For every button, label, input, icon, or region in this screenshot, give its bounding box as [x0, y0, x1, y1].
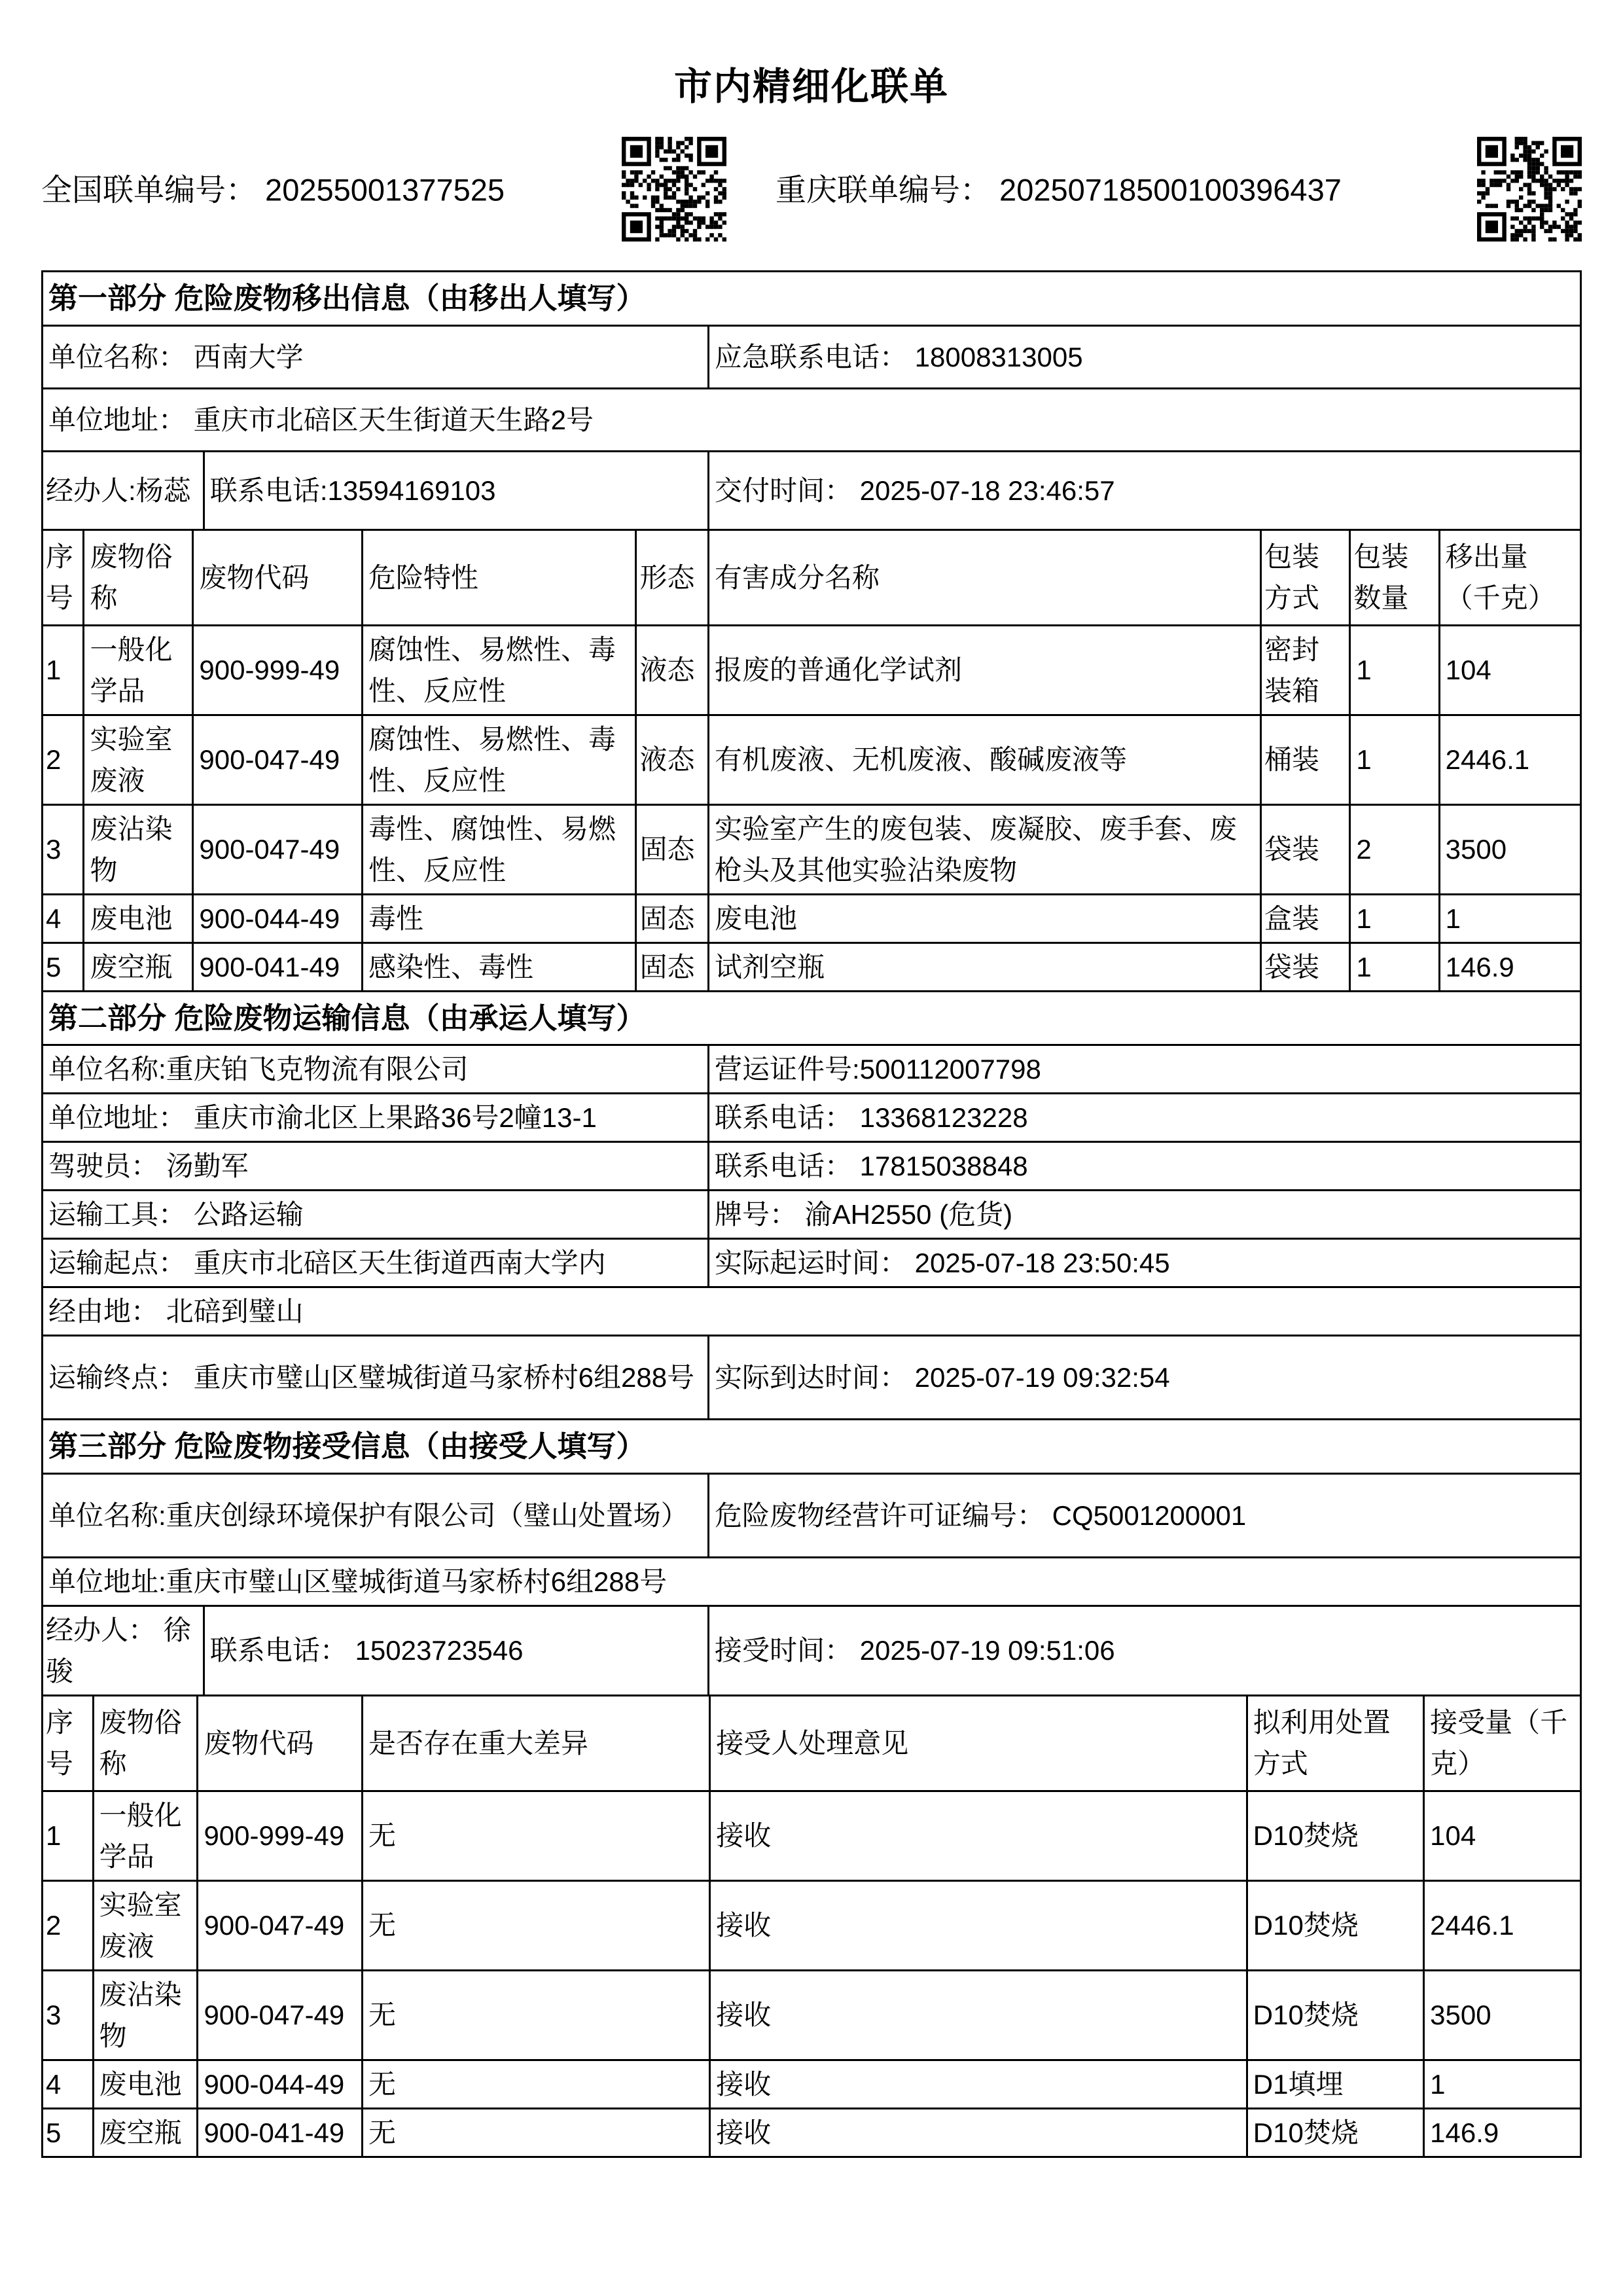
cell-waste-code: 900-047-49 [198, 1880, 363, 1970]
cell-hazard: 毒性、腐蚀性、易燃性、反应性 [362, 804, 635, 894]
table-row: 3 废沾染物 900-047-49 无 接收 D10焚烧 3500 [43, 1970, 1581, 2060]
cell-discrepancy: 无 [362, 1880, 709, 1970]
cell-hazard: 腐蚀性、易燃性、毒性、反应性 [362, 625, 635, 715]
s1-emergency-phone: 应急联系电话： 18008313005 [708, 325, 1580, 388]
col-header-disposal-method: 拟利用处置方式 [1247, 1695, 1423, 1791]
s2-transport-tool: 运输工具： 公路运输 [43, 1191, 709, 1239]
cell-pack-type: 盒装 [1260, 894, 1349, 942]
s2-unit-address: 单位地址： 重庆市渝北区上果路36号2幢13-1 [43, 1094, 709, 1142]
cell-seq: 3 [43, 804, 84, 894]
cell-component: 实验室产生的废包装、废凝胶、废手套、废枪头及其他实验沾染废物 [708, 804, 1260, 894]
section3-header: 第三部分 危险废物接受信息（由接受人填写） [43, 1420, 1581, 1474]
cell-seq: 1 [43, 625, 84, 715]
cell-component: 废电池 [708, 894, 1260, 942]
s3-waste-header-row: 序号 废物俗称 废物代码 是否存在重大差异 接受人处理意见 拟利用处置方式 接受… [43, 1695, 1581, 1791]
s2-destination: 运输终点： 重庆市璧山区璧城街道马家桥村6组288号 [43, 1336, 709, 1420]
s1-agent-phone: 联系电话:13594169103 [204, 451, 708, 529]
col-header-receiver-opinion: 接受人处理意见 [710, 1695, 1247, 1791]
cell-receiver-opinion: 接收 [710, 2060, 1247, 2108]
cell-hazard: 毒性 [362, 894, 635, 942]
cell-receiver-opinion: 接收 [710, 1791, 1247, 1880]
col-header-waste-code: 废物代码 [193, 529, 363, 625]
cell-seq: 2 [43, 715, 84, 804]
cell-waste-name: 实验室废液 [84, 715, 193, 804]
qr-code-icon [622, 137, 726, 242]
section3-waste-table: 序号 废物俗称 废物代码 是否存在重大差异 接受人处理意见 拟利用处置方式 接受… [41, 1695, 1582, 2158]
col-header-hazard: 危险特性 [362, 529, 635, 625]
s2-driver: 驾驶员： 汤勤军 [43, 1142, 709, 1191]
cell-waste-name: 废沾染物 [93, 1970, 198, 2060]
section1-info-table: 第一部分 危险废物移出信息（由移出人填写） 单位名称： 西南大学 应急联系电话：… [41, 270, 1582, 531]
cell-waste-name: 废电池 [84, 894, 193, 942]
cell-hazard: 感染性、毒性 [362, 942, 635, 991]
cell-out-amount: 146.9 [1439, 942, 1580, 991]
col-header-pack-type: 包装方式 [1260, 529, 1349, 625]
s1-unit-name: 单位名称： 西南大学 [43, 325, 709, 388]
section2-header: 第二部分 危险废物运输信息（由承运人填写） [43, 991, 1581, 1045]
col-header-waste-name: 废物俗称 [84, 529, 193, 625]
cell-pack-type: 袋装 [1260, 804, 1349, 894]
table-row: 2 实验室废液 900-047-49 无 接收 D10焚烧 2446.1 [43, 1880, 1581, 1970]
cell-waste-code: 900-047-49 [193, 715, 363, 804]
cell-out-amount: 104 [1439, 625, 1580, 715]
table-row: 5 废空瓶 900-041-49 无 接收 D10焚烧 146.9 [43, 2108, 1581, 2157]
s2-depart-time: 实际起运时间： 2025-07-18 23:50:45 [708, 1239, 1580, 1287]
s3-receive-time: 接受时间： 2025-07-19 09:51:06 [708, 1605, 1580, 1695]
cell-form: 液态 [636, 625, 708, 715]
manifest-number-header: 全国联单编号： 20255001377525 重庆联单编号： 202507185… [0, 129, 1623, 247]
cell-form: 固态 [636, 804, 708, 894]
col-header-receive-amount: 接受量（千克） [1424, 1695, 1581, 1791]
table-row: 3 废沾染物 900-047-49 毒性、腐蚀性、易燃性、反应性 固态 实验室产… [43, 804, 1581, 894]
cell-receiver-opinion: 接收 [710, 2108, 1247, 2157]
cell-out-amount: 3500 [1439, 804, 1580, 894]
cell-out-amount: 2446.1 [1439, 715, 1580, 804]
national-manifest-number: 全国联单编号： 20255001377525 [41, 166, 505, 210]
cell-waste-code: 900-041-49 [198, 2108, 363, 2157]
s3-unit-address: 单位地址:重庆市璧山区璧城街道马家桥村6组288号 [43, 1557, 1581, 1605]
table-row: 2 实验室废液 900-047-49 腐蚀性、易燃性、毒性、反应性 液态 有机废… [43, 715, 1581, 804]
table-row: 5 废空瓶 900-041-49 感染性、毒性 固态 试剂空瓶 袋装 1 146… [43, 942, 1581, 991]
cell-waste-name: 废电池 [93, 2060, 198, 2108]
cell-receive-amount: 2446.1 [1424, 1880, 1581, 1970]
cell-pack-qty: 2 [1350, 804, 1439, 894]
cell-waste-code: 900-044-49 [193, 894, 363, 942]
s2-driver-phone: 联系电话： 17815038848 [708, 1142, 1580, 1191]
section2-info-table: 第二部分 危险废物运输信息（由承运人填写） 单位名称:重庆铂飞克物流有限公司 营… [41, 990, 1582, 1421]
cell-waste-name: 废沾染物 [84, 804, 193, 894]
s3-permit-no: 危险废物经营许可证编号： CQ5001200001 [708, 1473, 1580, 1557]
table-row: 1 一般化学品 900-999-49 无 接收 D10焚烧 104 [43, 1791, 1581, 1880]
cell-seq: 3 [43, 1970, 94, 2060]
qr-code-icon [1477, 137, 1582, 242]
s3-unit-name: 单位名称:重庆创绿环境保护有限公司（璧山处置场） [43, 1473, 709, 1557]
col-header-seq: 序号 [43, 1695, 94, 1791]
table-row: 4 废电池 900-044-49 无 接收 D1填埋 1 [43, 2060, 1581, 2108]
section1-waste-table: 序号 废物俗称 废物代码 危险特性 形态 有害成分名称 包装方式 包装数量 移出… [41, 529, 1582, 992]
cell-waste-name: 实验室废液 [93, 1880, 198, 1970]
cell-seq: 5 [43, 2108, 94, 2157]
cell-receive-amount: 146.9 [1424, 2108, 1581, 2157]
section3-info-table: 第三部分 危险废物接受信息（由接受人填写） 单位名称:重庆创绿环境保护有限公司（… [41, 1418, 1582, 1696]
col-header-discrepancy: 是否存在重大差异 [362, 1695, 709, 1791]
s1-deliver-time: 交付时间： 2025-07-18 23:46:57 [708, 451, 1580, 529]
col-header-form: 形态 [636, 529, 708, 625]
s3-agent-phone: 联系电话： 15023723546 [204, 1605, 708, 1695]
cell-discrepancy: 无 [362, 2060, 709, 2108]
s2-unit-phone: 联系电话： 13368123228 [708, 1094, 1580, 1142]
s2-plate-no: 牌号： 渝AH2550 (危货) [708, 1191, 1580, 1239]
cell-receive-amount: 1 [1424, 2060, 1581, 2108]
chongqing-manifest-number: 重庆联单编号： 20250718500100396437 [776, 166, 1342, 210]
cell-receive-amount: 104 [1424, 1791, 1581, 1880]
col-header-waste-name: 废物俗称 [93, 1695, 198, 1791]
cell-form: 固态 [636, 894, 708, 942]
cell-waste-code: 900-044-49 [198, 2060, 363, 2108]
cell-discrepancy: 无 [362, 1970, 709, 2060]
page-title: 市内精细化联单 [0, 56, 1623, 111]
s2-unit-name: 单位名称:重庆铂飞克物流有限公司 [43, 1045, 709, 1094]
cell-waste-code: 900-041-49 [193, 942, 363, 991]
cell-out-amount: 1 [1439, 894, 1580, 942]
cell-seq: 4 [43, 2060, 94, 2108]
s2-license-no: 营运证件号:500112007798 [708, 1045, 1580, 1094]
col-header-pack-qty: 包装数量 [1350, 529, 1439, 625]
cell-discrepancy: 无 [362, 2108, 709, 2157]
cell-waste-name: 废空瓶 [93, 2108, 198, 2157]
cell-receive-amount: 3500 [1424, 1970, 1581, 2060]
cell-form: 固态 [636, 942, 708, 991]
cell-discrepancy: 无 [362, 1791, 709, 1880]
s2-arrive-time: 实际到达时间： 2025-07-19 09:32:54 [708, 1336, 1580, 1420]
table-row: 1 一般化学品 900-999-49 腐蚀性、易燃性、毒性、反应性 液态 报废的… [43, 625, 1581, 715]
table-row: 4 废电池 900-044-49 毒性 固态 废电池 盒装 1 1 [43, 894, 1581, 942]
cell-seq: 4 [43, 894, 84, 942]
cell-component: 试剂空瓶 [708, 942, 1260, 991]
cell-waste-code: 900-047-49 [198, 1970, 363, 2060]
col-header-out-amount: 移出量（千克） [1439, 529, 1580, 625]
cell-pack-qty: 1 [1350, 894, 1439, 942]
cell-pack-type: 桶装 [1260, 715, 1349, 804]
col-header-waste-code: 废物代码 [198, 1695, 363, 1791]
cell-pack-qty: 1 [1350, 715, 1439, 804]
s2-via: 经由地： 北碚到璧山 [43, 1287, 1581, 1336]
cell-receiver-opinion: 接收 [710, 1880, 1247, 1970]
cell-hazard: 腐蚀性、易燃性、毒性、反应性 [362, 715, 635, 804]
s2-origin: 运输起点： 重庆市北碚区天生街道西南大学内 [43, 1239, 709, 1287]
cell-disposal-method: D10焚烧 [1247, 2108, 1423, 2157]
cell-waste-code: 900-999-49 [198, 1791, 363, 1880]
cell-disposal-method: D10焚烧 [1247, 1791, 1423, 1880]
cell-pack-qty: 1 [1350, 942, 1439, 991]
cell-component: 有机废液、无机废液、酸碱废液等 [708, 715, 1260, 804]
cell-seq: 5 [43, 942, 84, 991]
cell-waste-name: 一般化学品 [93, 1791, 198, 1880]
cell-form: 液态 [636, 715, 708, 804]
cell-disposal-method: D1填埋 [1247, 2060, 1423, 2108]
s1-unit-address: 单位地址： 重庆市北碚区天生街道天生路2号 [43, 388, 1581, 451]
cell-component: 报废的普通化学试剂 [708, 625, 1260, 715]
col-header-component: 有害成分名称 [708, 529, 1260, 625]
cell-waste-name: 废空瓶 [84, 942, 193, 991]
cell-pack-qty: 1 [1350, 625, 1439, 715]
s1-waste-header-row: 序号 废物俗称 废物代码 危险特性 形态 有害成分名称 包装方式 包装数量 移出… [43, 529, 1581, 625]
cell-pack-type: 袋装 [1260, 942, 1349, 991]
section1-header: 第一部分 危险废物移出信息（由移出人填写） [43, 272, 1581, 326]
manifest-table: 第一部分 危险废物移出信息（由移出人填写） 单位名称： 西南大学 应急联系电话：… [41, 270, 1582, 2158]
s3-agent: 经办人： 徐骏 [43, 1605, 204, 1695]
cell-seq: 1 [43, 1791, 94, 1880]
cell-pack-type: 密封装箱 [1260, 625, 1349, 715]
cell-waste-name: 一般化学品 [84, 625, 193, 715]
cell-receiver-opinion: 接收 [710, 1970, 1247, 2060]
manifest-document: 市内精细化联单 全国联单编号： 20255001377525 重庆联单编号： 2… [0, 0, 1623, 2296]
col-header-seq: 序号 [43, 529, 84, 625]
cell-waste-code: 900-047-49 [193, 804, 363, 894]
cell-waste-code: 900-999-49 [193, 625, 363, 715]
cell-seq: 2 [43, 1880, 94, 1970]
cell-disposal-method: D10焚烧 [1247, 1970, 1423, 2060]
cell-disposal-method: D10焚烧 [1247, 1880, 1423, 1970]
s1-agent: 经办人:杨蕊 [43, 451, 204, 529]
